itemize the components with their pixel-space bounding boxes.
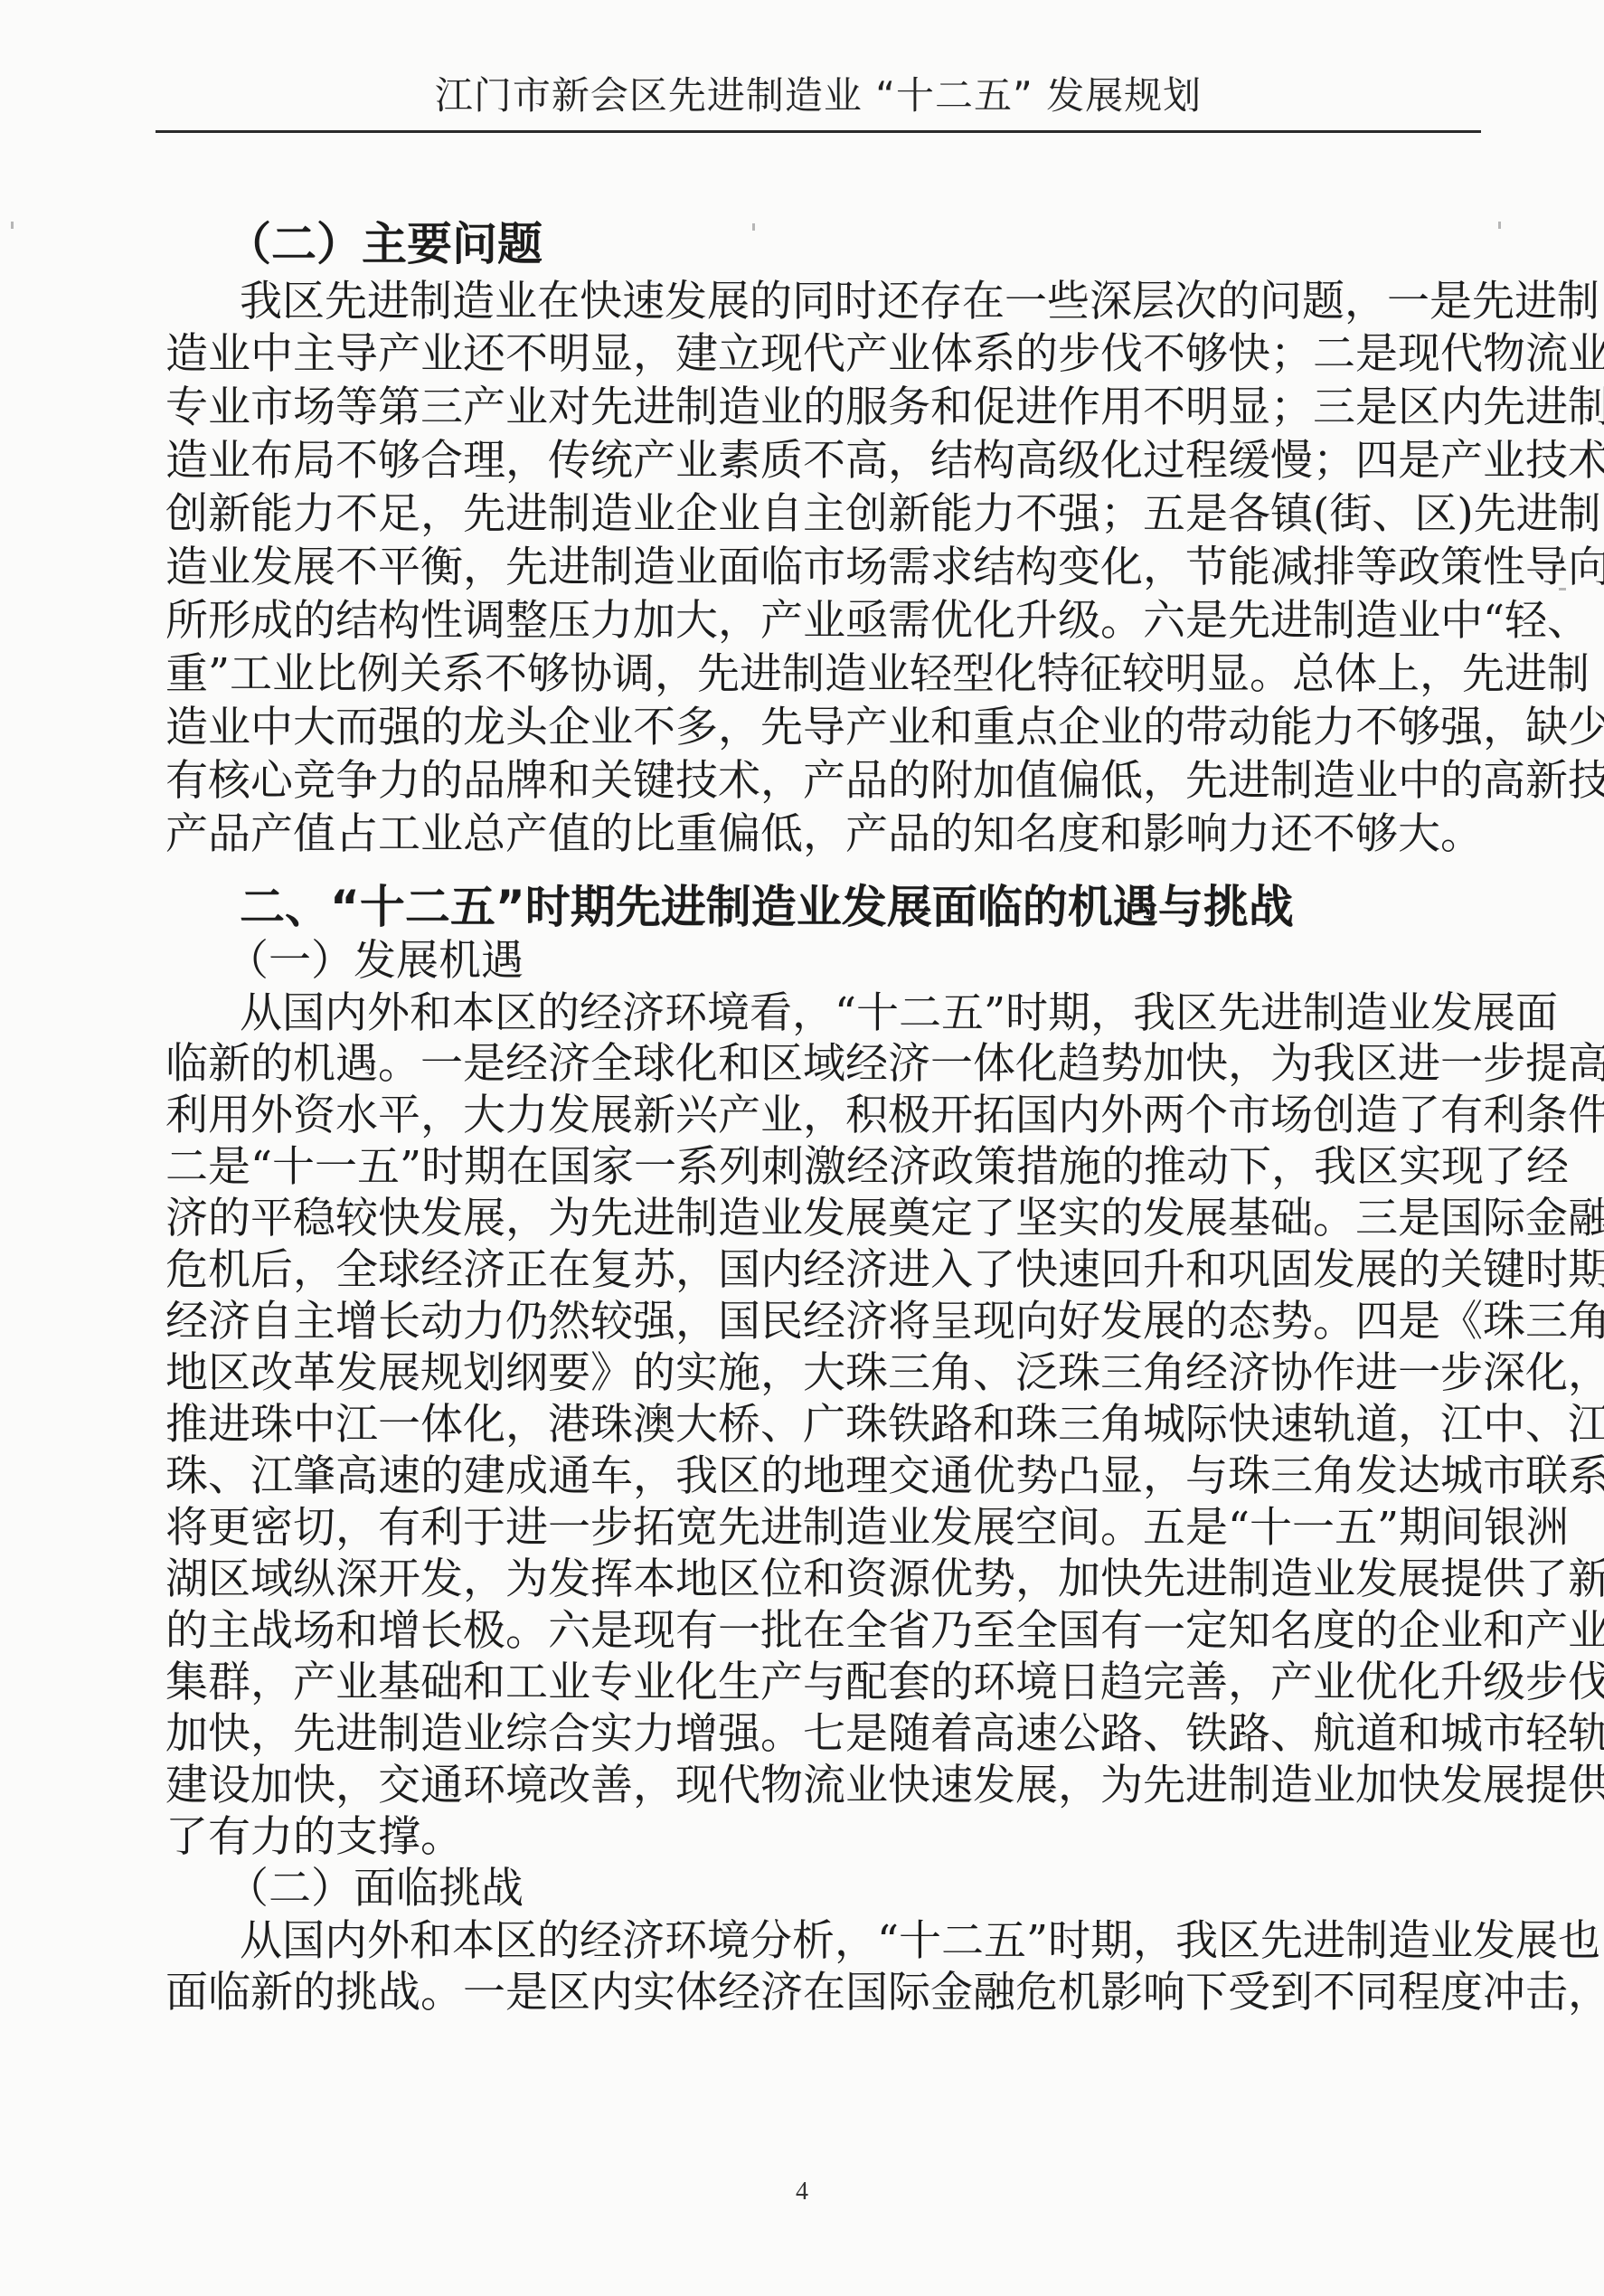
section-heading-main-problems: （二）主要问题 [226,218,543,270]
paragraph-line: 所形成的结构性调整压力加大，产业亟需优化升级。六是先进制造业中“轻、 [165,595,1471,647]
paragraph-line: 从国内外和本区的经济环境看，“十二五”时期，我区先进制造业发展面 [240,987,1471,1040]
paragraph-line: 造业中主导产业还不明显，建立现代产业体系的步伐不够快；二是现代物流业、 [165,328,1471,381]
paragraph-line: 有核心竞争力的品牌和关键技术，产品的附加值偏低，先进制造业中的高新技术 [165,755,1471,808]
paragraph-line: 产品产值占工业总产值的比重偏低，产品的知名度和影响力还不够大。 [165,808,1471,861]
scan-artifact [1498,222,1501,229]
paragraph-line: 危机后，全球经济正在复苏，国内经济进入了快速回升和巩固发展的关键时期， [165,1244,1471,1297]
scan-artifact [1559,683,1564,688]
paragraph-line: 济的平稳较快发展，为先进制造业发展奠定了坚实的发展基础。三是国际金融 [165,1193,1471,1245]
paragraph-line: 地区改革发展规划纲要》的实施，大珠三角、泛珠三角经济协作进一步深化， [165,1347,1471,1400]
paragraph-line: 珠、江肇高速的建成通车，我区的地理交通优势凸显，与珠三角发达城市联系 [165,1450,1471,1503]
paragraph-line: 专业市场等第三产业对先进制造业的服务和促进作用不明显；三是区内先进制 [165,382,1471,434]
subsection-heading-opportunities: （一）发展机遇 [226,935,524,987]
paragraph-line: 造业布局不够合理，传统产业素质不高，结构高级化过程缓慢；四是产业技术 [165,435,1471,487]
chapter-heading-opportunities-challenges: 二、“十二五”时期先进制造业发展面临的机遇与挑战 [240,881,1294,933]
paragraph-line: 二是“十一五”时期在国家一系列刺激经济政策措施的推动下，我区实现了经 [165,1141,1471,1194]
paragraph-line: 造业中大而强的龙头企业不多，先导产业和重点企业的带动能力不够强，缺少具 [165,702,1471,754]
paragraph-line: 经济自主增长动力仍然较强，国民经济将呈现向好发展的态势。四是《珠三角 [165,1296,1471,1348]
page-number: 4 [0,2178,1604,2206]
paragraph-line: 推进珠中江一体化，港珠澳大桥、广珠铁路和珠三角城际快速轨道，江中、江 [165,1399,1471,1451]
paragraph-line: 集群，产业基础和工业专业化生产与配套的环境日趋完善，产业优化升级步伐 [165,1657,1471,1709]
paragraph-line: 利用外资水平，大力发展新兴产业，积极开拓国内外两个市场创造了有利条件。 [165,1090,1471,1142]
paragraph-line: 将更密切，有利于进一步拓宽先进制造业发展空间。五是“十一五”期间银洲 [165,1502,1471,1554]
scan-artifact [752,223,755,231]
paragraph-line: 面临新的挑战。一是区内实体经济在国际金融危机影响下受到不同程度冲击， [165,1967,1471,2019]
paragraph-line: 的主战场和增长极。六是现有一批在全省乃至全国有一定知名度的企业和产业 [165,1605,1471,1658]
paragraph-line: 造业发展不平衡，先进制造业面临市场需求结构变化，节能减排等政策性导向 [165,542,1471,594]
paragraph-line: 从国内外和本区的经济环境分析，“十二五”时期，我区先进制造业发展也 [240,1915,1471,1968]
paragraph-line: 重”工业比例关系不够协调，先进制造业轻型化特征较明显。总体上，先进制 [165,648,1471,701]
running-header-title: 江门市新会区先进制造业 “十二五” 发展规划 [156,71,1481,121]
paragraph-line: 了有力的支撑。 [165,1811,1471,1864]
subsection-heading-challenges: （二）面临挑战 [226,1863,524,1915]
scan-artifact [11,222,14,229]
paragraph-line: 临新的机遇。一是经济全球化和区域经济一体化趋势加快，为我区进一步提高 [165,1038,1471,1091]
header-rule [156,130,1481,133]
paragraph-line: 创新能力不足，先进制造业企业自主创新能力不强；五是各镇(街、区)先进制 [165,488,1471,541]
paragraph-line: 加快，先进制造业综合实力增强。七是随着高速公路、铁路、航道和城市轻轨 [165,1708,1471,1761]
scan-artifact [1559,588,1566,591]
paragraph-line: 湖区域纵深开发，为发挥本地区位和资源优势，加快先进制造业发展提供了新 [165,1554,1471,1606]
paragraph-line: 我区先进制造业在快速发展的同时还存在一些深层次的问题，一是先进制 [240,276,1471,328]
paragraph-line: 建设加快，交通环境改善，现代物流业快速发展，为先进制造业加快发展提供 [165,1760,1471,1812]
